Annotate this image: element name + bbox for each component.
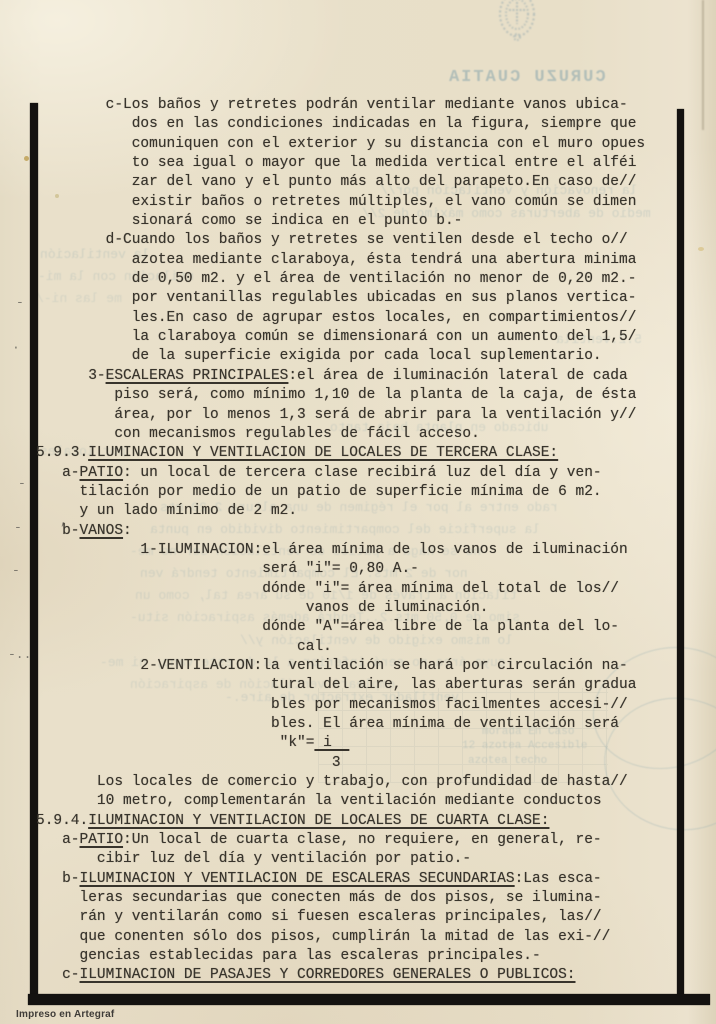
typed-line: por ventanillas regulables ubicadas en s… — [36, 289, 696, 308]
typed-line: dónde "i"= área mínima del total de los/… — [36, 580, 696, 599]
typed-line: 3 — [36, 754, 696, 773]
typed-line: 1-ILUMINACION:el área mínima de los vano… — [36, 541, 696, 560]
typed-line: d-Cuando los baños y retretes se ventile… — [36, 231, 696, 250]
typed-line: cal. — [36, 638, 696, 657]
margin-pencil-mark: - — [16, 295, 24, 310]
typed-line: 2-VENTILACION:la ventilación se hará por… — [36, 657, 696, 676]
typed-line: sionará como se indica en el punto b.- — [36, 212, 696, 231]
typed-line: b-VANOS: — [36, 522, 696, 541]
typed-line: con mecanismos regulables de fácil acces… — [36, 425, 696, 444]
typed-line: dos en las condiciones indicadas en la f… — [36, 115, 696, 134]
margin-pencil-mark: - — [18, 476, 26, 491]
typed-line: leras secundarias que conecten más de do… — [36, 889, 696, 908]
printer-imprint: Impreso en Artegraf — [16, 1009, 114, 1020]
paper-crease — [702, 0, 704, 130]
margin-pencil-mark: - — [14, 520, 22, 535]
typed-line: de 0,50 m2. y el área de ventilación no … — [36, 270, 696, 289]
typed-line: Los locales de comercio y trabajo, con p… — [36, 773, 696, 792]
typed-line: 5.9.4.ILUMINACION Y VENTILACION DE LOCAL… — [36, 812, 696, 831]
typed-line: b-ILUMINACION Y VENTILACION DE ESCALERAS… — [36, 870, 696, 889]
typed-line: azotea mediante claraboya, ésta tendrá u… — [36, 251, 696, 270]
typed-line: c-Los baños y retretes podrán ventilar m… — [36, 96, 696, 115]
typed-line: área, por lo menos 1,3 será de abrir par… — [36, 406, 696, 425]
typed-line: vanos de iluminación. — [36, 599, 696, 618]
typed-line: cibir luz del día y ventilación por pati… — [36, 850, 696, 869]
typed-line: les.En caso de agrupar estos locales, en… — [36, 309, 696, 328]
typed-line: bles. El área mínima de ventilación será — [36, 715, 696, 734]
paper-speck — [24, 156, 29, 161]
typed-line: tilación por medio de un patio de superf… — [36, 483, 696, 502]
typed-line: 3-ESCALERAS PRINCIPALES:el área de ilumi… — [36, 367, 696, 386]
typed-line: "k"= i — [36, 734, 696, 753]
typed-line: zar del vano y el punto más alto del par… — [36, 173, 696, 192]
typed-line: piso será, como mínimo 1,10 de la planta… — [36, 386, 696, 405]
typed-line: bles por mecanismos facilmentes accesi-/… — [36, 696, 696, 715]
frame-bottom-rule — [28, 994, 710, 1005]
typed-line: dónde "A"=área libre de la planta del lo… — [36, 618, 696, 637]
margin-pencil-mark: -.. — [8, 647, 31, 662]
typed-line: de la superficie exigida por cada local … — [36, 347, 696, 366]
typed-line: gencias establecidas para las escaleras … — [36, 947, 696, 966]
paper-speck — [698, 247, 704, 251]
typed-line: a-PATIO: un local de tercera clase recib… — [36, 464, 696, 483]
bleedthrough-text: CURUZU CUATIA — [447, 68, 606, 87]
typed-line: comuniquen con el exterior y su distanci… — [36, 135, 696, 154]
stamp-crest-icon — [487, 0, 547, 50]
typed-line: que conenten sólo dos pisos, cumplirán l… — [36, 928, 696, 947]
typed-line: to sea igual o mayor que la medida verti… — [36, 154, 696, 173]
typed-line: c-ILUMINACION DE PASAJES Y CORREDORES GE… — [36, 966, 696, 985]
typewritten-text-block: c-Los baños y retretes podrán ventilar m… — [36, 96, 696, 986]
typed-line: a-PATIO:Un local de cuarta clase, no req… — [36, 831, 696, 850]
typed-line: rán y ventilarán como si fuesen escalera… — [36, 908, 696, 927]
typed-line: existir baños o retretes múltiples, el v… — [36, 193, 696, 212]
typed-line: 5.9.3.ILUMINACION Y VENTILACION DE LOCAL… — [36, 444, 696, 463]
typed-line: 10 metro, complementarán la ventilación … — [36, 792, 696, 811]
typed-line: tural del aire, las aberturas serán grad… — [36, 676, 696, 695]
typed-line: la claraboya común se dimensionará con u… — [36, 328, 696, 347]
typed-line: será "i"= 0,80 A.- — [36, 560, 696, 579]
margin-pencil-mark: - — [12, 563, 20, 578]
scanned-document-page: { "colors": { "paper": "#e8dfc8", "ink":… — [0, 0, 716, 1024]
typed-line: y un lado mínimo de 2 m2. — [36, 502, 696, 521]
